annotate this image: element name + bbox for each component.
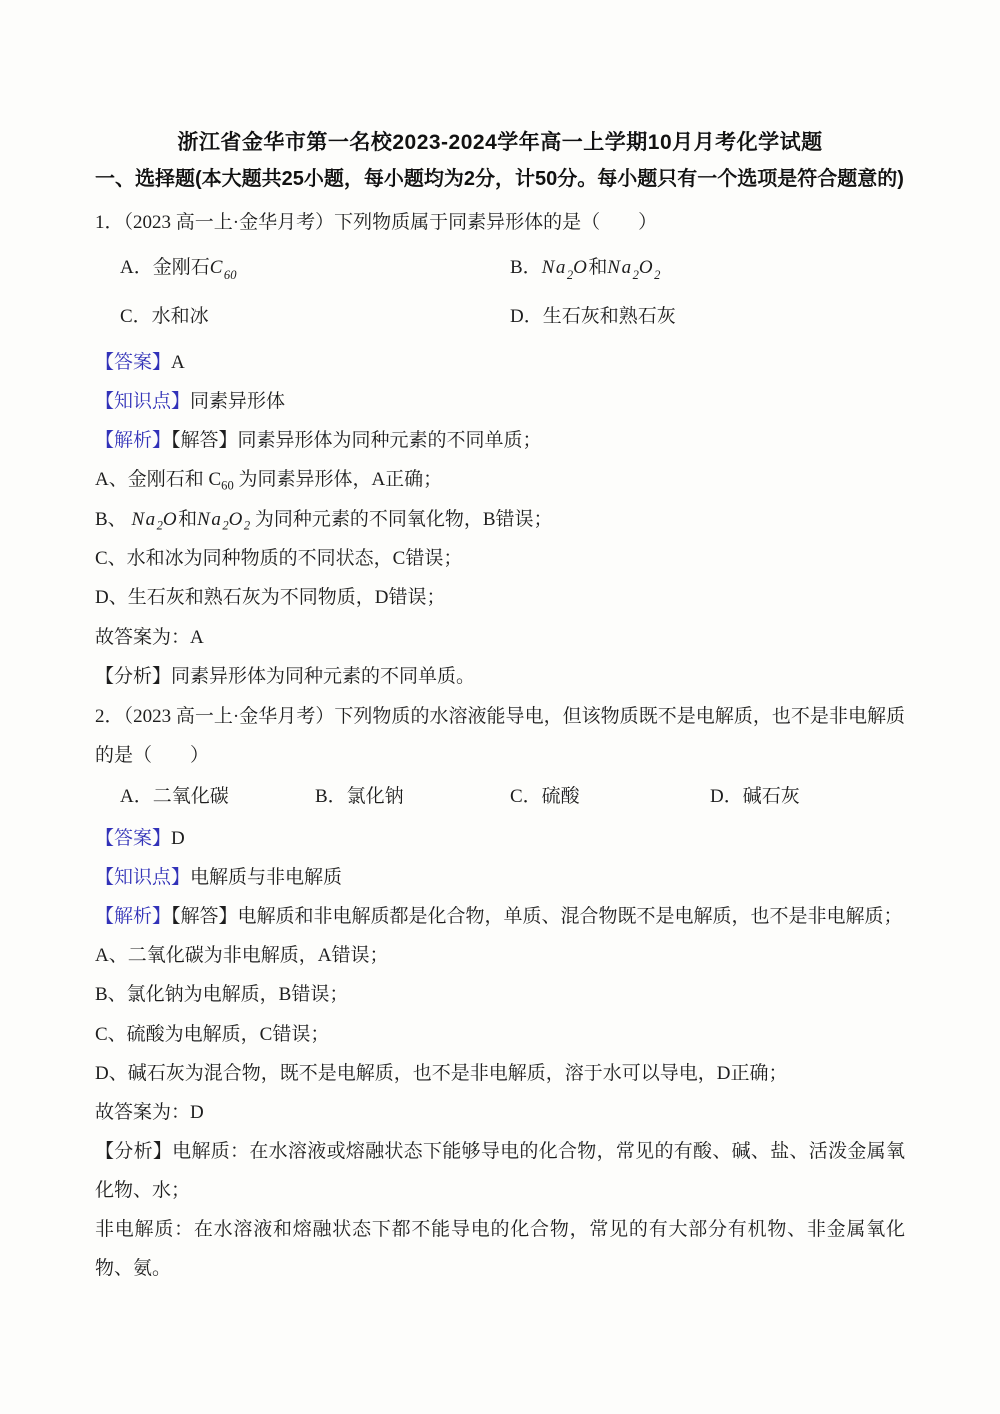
question-1-option-d: D．生石灰和熟石灰 bbox=[510, 293, 905, 341]
question-2-option-a: A．二氧化碳 bbox=[120, 777, 315, 817]
analysis-label: 【解析】 bbox=[95, 906, 171, 927]
analysis-label: 【解析】 bbox=[95, 430, 171, 451]
question-2-discuss-line: 【分析】电解质：在水溶液或熔融状态下能够导电的化合物，常见的有酸、碱、盐、活泼金… bbox=[95, 1132, 905, 1210]
question-2-stem: 2．（2023 高一上·金华月考）下列物质的水溶液能导电，但该物质既不是电解质，… bbox=[95, 697, 905, 775]
exam-document-page: 浙江省金华市第一名校2023-2024学年高一上学期10月月考化学试题 一、选择… bbox=[0, 0, 1000, 1414]
knowledge-label: 【知识点】 bbox=[95, 867, 190, 888]
question-1-explain-b: B、 Na2O和Na2O2 为同种元素的不同氧化物，B错误； bbox=[95, 500, 905, 539]
question-2: 2．（2023 高一上·金华月考）下列物质的水溶液能导电，但该物质既不是电解质，… bbox=[95, 697, 905, 1289]
question-2-options: A．二氧化碳 B．氯化钠 C．硫酸 D．碱石灰 bbox=[95, 777, 905, 817]
knowledge-value: 同素异形体 bbox=[190, 391, 285, 412]
solution-label: 【解答】 bbox=[171, 430, 238, 451]
question-1-stem: 1．（2023 高一上·金华月考）下列物质属于同素异形体的是（ ） bbox=[95, 203, 905, 242]
question-2-explain-b: B、氯化钠为电解质，B错误； bbox=[95, 975, 905, 1014]
answer-value: A bbox=[171, 352, 185, 373]
question-1-answer-line: 【答案】A bbox=[95, 343, 905, 382]
question-1-explain-d: D、生石灰和熟石灰为不同物质，D错误； bbox=[95, 578, 905, 617]
question-1-knowledge-line: 【知识点】同素异形体 bbox=[95, 382, 905, 421]
section-heading: 一、选择题(本大题共25小题，每小题均为2分，计50分。每小题只有一个选项是符合… bbox=[95, 165, 905, 194]
knowledge-label: 【知识点】 bbox=[95, 391, 190, 412]
question-2-explain-d: D、碱石灰为混合物，既不是电解质，也不是非电解质，溶于水可以导电，D正确； bbox=[95, 1054, 905, 1093]
question-2-option-c: C．硫酸 bbox=[510, 777, 710, 817]
question-1-discuss-line: 【分析】同素异形体为同种元素的不同单质。 bbox=[95, 657, 905, 696]
question-2-solution-line: 【解析】【解答】电解质和非电解质都是化合物，单质、混合物既不是电解质，也不是非电… bbox=[95, 897, 905, 936]
answer-label: 【答案】 bbox=[95, 828, 171, 849]
solution-label: 【解答】 bbox=[171, 906, 238, 927]
answer-value: D bbox=[171, 828, 185, 849]
question-2-explain-c: C、硫酸为电解质，C错误； bbox=[95, 1015, 905, 1054]
question-1-conclusion: 故答案为：A bbox=[95, 618, 905, 657]
question-1-explain-a: A、金刚石和 C60 为同素异形体，A正确； bbox=[95, 460, 905, 499]
question-1-option-a: A．金刚石C60 bbox=[120, 244, 510, 292]
question-1-option-b: B．Na2O和Na2O2 bbox=[510, 244, 905, 292]
discuss-text: 电解质：在水溶液或熔融状态下能够导电的化合物，常见的有酸、碱、盐、活泼金属氧化物… bbox=[95, 1141, 905, 1201]
discuss-text: 同素异形体为同种元素的不同单质。 bbox=[171, 666, 475, 687]
question-2-option-b: B．氯化钠 bbox=[315, 777, 510, 817]
question-1: 1．（2023 高一上·金华月考）下列物质属于同素异形体的是（ ） A．金刚石C… bbox=[95, 203, 905, 696]
solution-text: 电解质和非电解质都是化合物，单质、混合物既不是电解质，也不是非电解质； bbox=[238, 906, 903, 927]
discuss-label: 【分析】 bbox=[95, 666, 171, 687]
question-1-solution-line: 【解析】【解答】同素异形体为同种元素的不同单质； bbox=[95, 421, 905, 460]
discuss-label: 【分析】 bbox=[95, 1141, 172, 1162]
question-1-options: A．金刚石C60 B．Na2O和Na2O2 C．水和冰 D．生石灰和熟石灰 bbox=[95, 244, 905, 341]
question-1-option-c: C．水和冰 bbox=[120, 293, 510, 341]
answer-label: 【答案】 bbox=[95, 352, 171, 373]
question-2-explain-a: A、二氧化碳为非电解质，A错误； bbox=[95, 936, 905, 975]
solution-text: 同素异形体为同种元素的不同单质； bbox=[238, 430, 542, 451]
question-2-discuss-line-2: 非电解质：在水溶液和熔融状态下都不能导电的化合物，常见的有大部分有机物、非金属氧… bbox=[95, 1210, 905, 1288]
knowledge-value: 电解质与非电解质 bbox=[190, 867, 342, 888]
question-1-explain-c: C、水和冰为同种物质的不同状态，C错误； bbox=[95, 539, 905, 578]
question-2-knowledge-line: 【知识点】电解质与非电解质 bbox=[95, 858, 905, 897]
question-2-answer-line: 【答案】D bbox=[95, 819, 905, 858]
page-title: 浙江省金华市第一名校2023-2024学年高一上学期10月月考化学试题 bbox=[95, 126, 905, 156]
question-2-conclusion: 故答案为：D bbox=[95, 1093, 905, 1132]
question-2-option-d: D．碱石灰 bbox=[710, 777, 905, 817]
